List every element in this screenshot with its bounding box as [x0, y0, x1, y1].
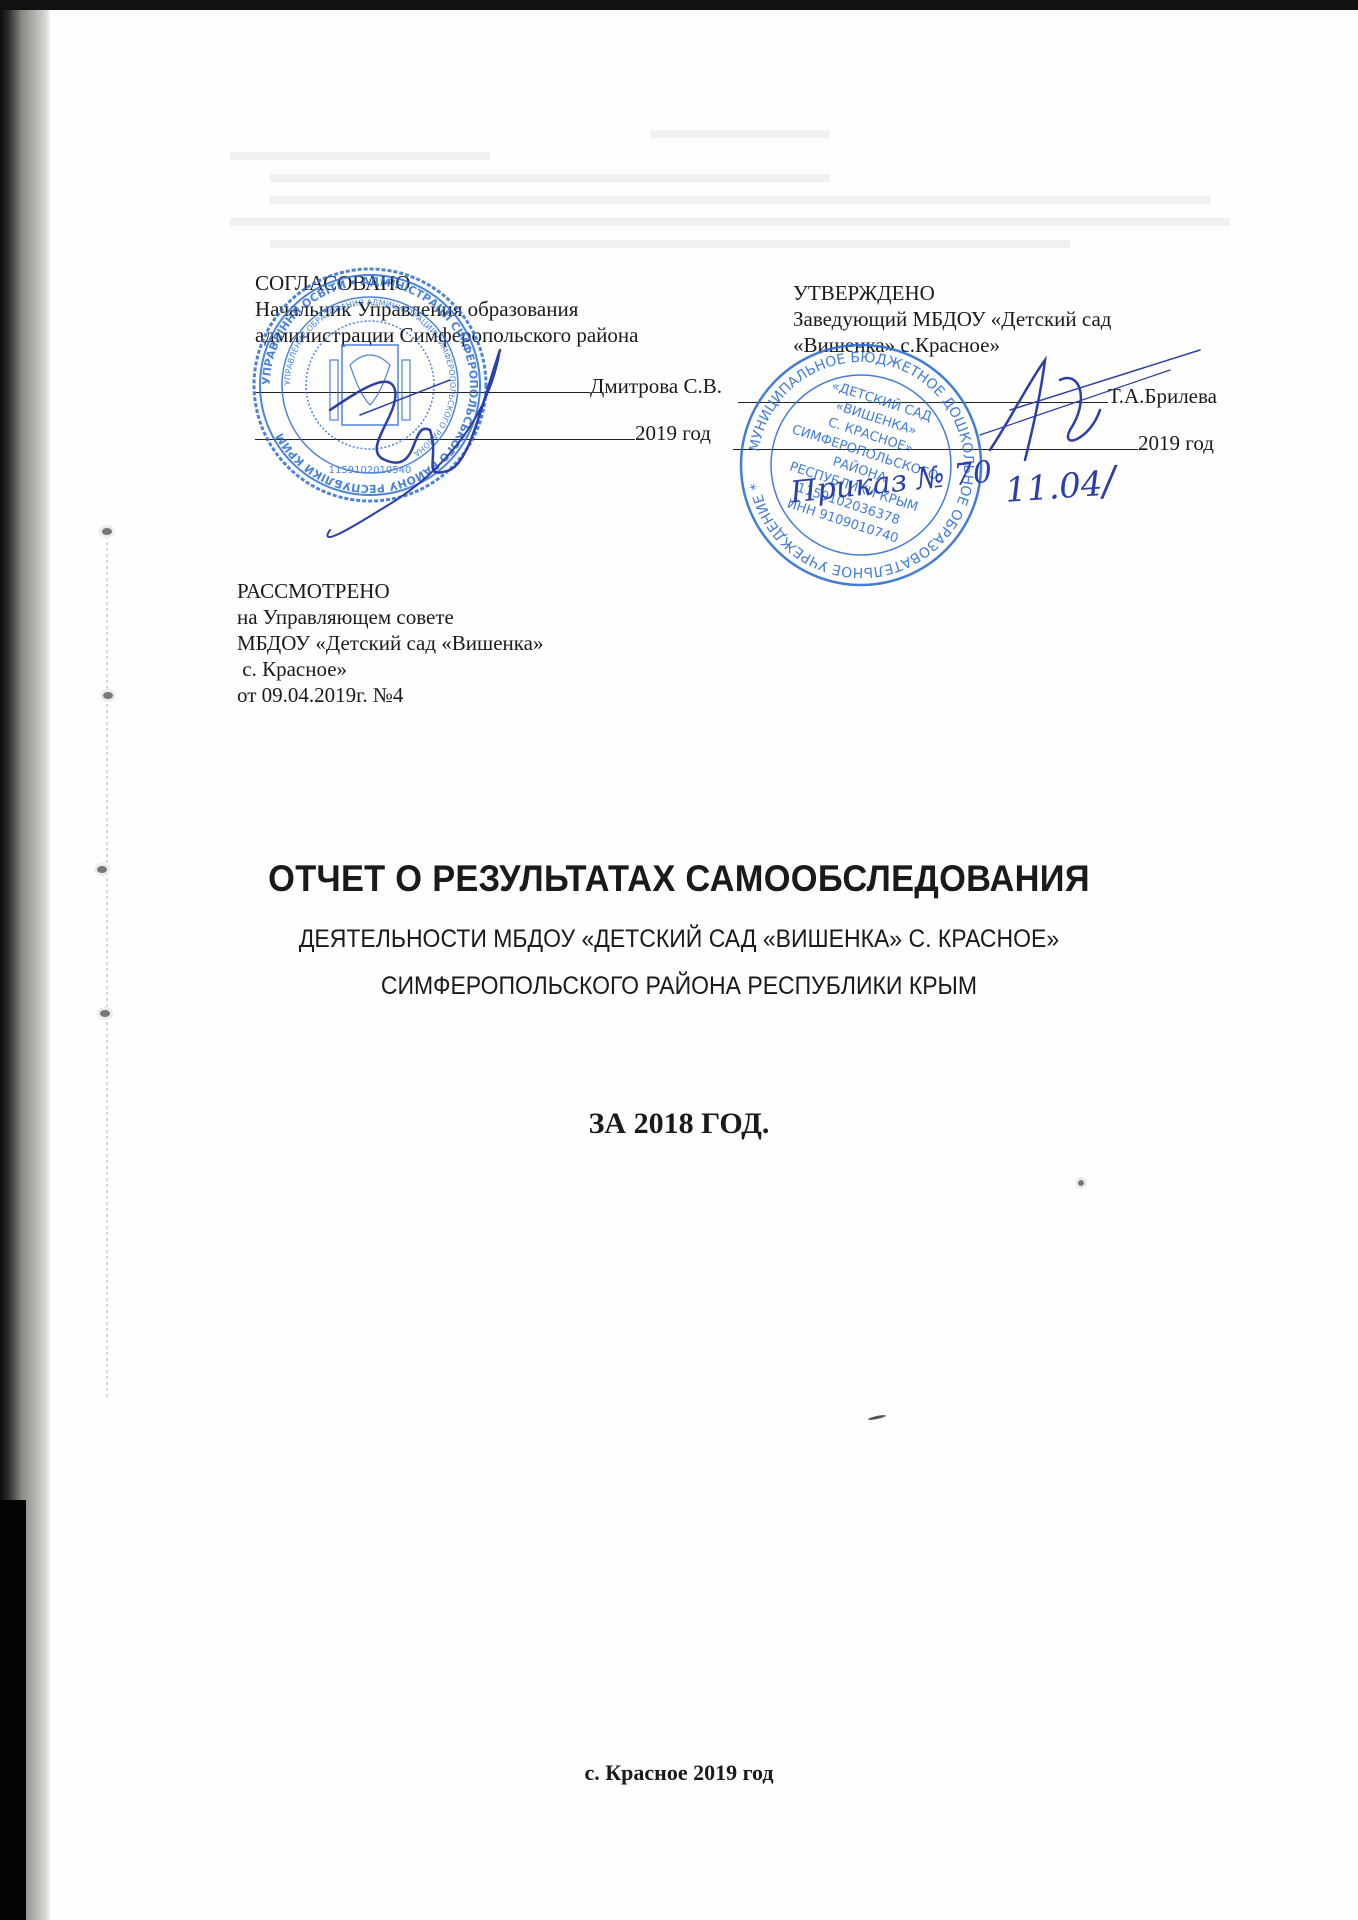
agreed-date-line [255, 419, 635, 440]
reviewed-line4: от 09.04.2019г. №4 [237, 682, 543, 708]
approved-block: УТВЕРЖДЕНО Заведующий МБДОУ «Детский сад… [793, 280, 1217, 456]
agreed-position-line2: администрации Симферопольского района [255, 322, 722, 348]
reviewed-line3: с. Красное» [237, 656, 543, 682]
approved-date-line [733, 429, 1138, 450]
agreed-position-line1: Начальник Управления образования [255, 296, 722, 322]
report-period: ЗА 2018 ГОД. [0, 1107, 1358, 1141]
binding-stitch [106, 530, 108, 1400]
approved-signatory: Т.А.Брилева [1108, 384, 1217, 408]
staple-mark [102, 528, 112, 535]
reviewed-line1: на Управляющем совете [237, 604, 543, 630]
agreed-date: 2019 год [635, 421, 711, 445]
agreed-block: СОГЛАСОВАНО Начальник Управления образов… [255, 270, 722, 446]
reviewed-line2: МБДОУ «Детский сад «Вишенка» [237, 630, 543, 656]
reviewed-block: РАССМОТРЕНО на Управляющем совете МБДОУ … [237, 578, 543, 708]
scan-left-edge-shadow [0, 1500, 26, 1920]
approved-heading: УТВЕРЖДЕНО [793, 280, 1217, 306]
staple-mark [100, 1010, 110, 1017]
agreed-heading: СОГЛАСОВАНО [255, 270, 722, 296]
reviewed-heading: РАССМОТРЕНО [237, 578, 543, 604]
agreed-signatory: Дмитрова С.В. [590, 374, 722, 398]
approved-signature-line [738, 382, 1108, 403]
scan-top-edge [0, 0, 1358, 10]
staple-mark [1078, 1180, 1084, 1186]
show-through-text [230, 100, 1230, 276]
report-subtitle-line2: СИМФЕРОПОЛЬСКОГО РАЙОНА РЕСПУБЛИКИ КРЫМ [54, 972, 1303, 1001]
staple-mark [103, 692, 113, 699]
place-and-year: с. Красное 2019 год [0, 1760, 1358, 1786]
report-title: ОТЧЕТ О РЕЗУЛЬТАТАХ САМООБСЛЕДОВАНИЯ [48, 858, 1311, 900]
approved-date: 2019 год [1138, 431, 1214, 455]
agreed-signature-line [255, 372, 590, 393]
approved-position-line2: «Вишенка» с.Красное» [793, 332, 1217, 358]
report-subtitle-line1: ДЕЯТЕЛЬНОСТИ МБДОУ «ДЕТСКИЙ САД «ВИШЕНКА… [54, 925, 1303, 954]
approved-position-line1: Заведующий МБДОУ «Детский сад [793, 306, 1217, 332]
